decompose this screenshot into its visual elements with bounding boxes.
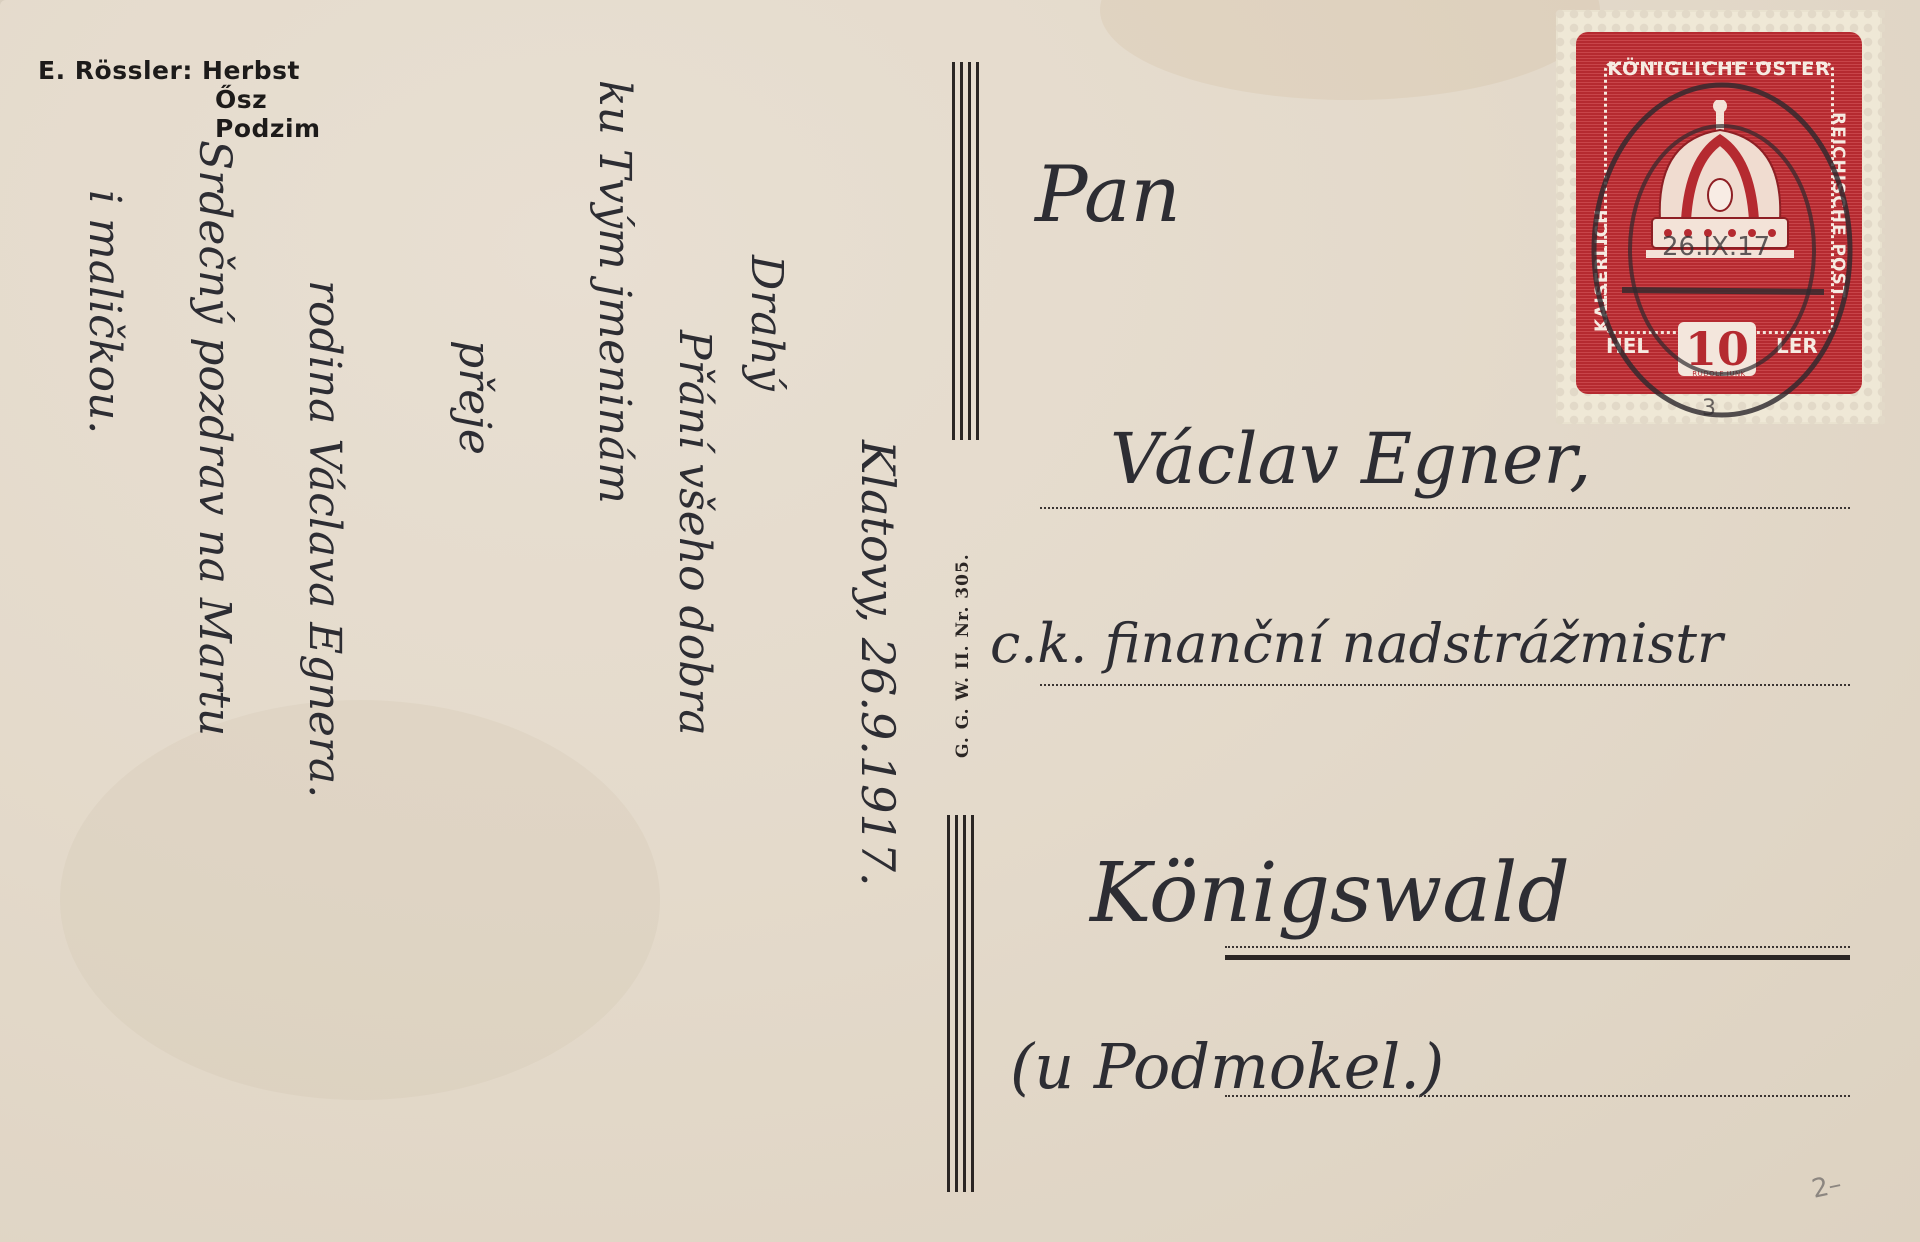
- address-town: Königswald: [1090, 846, 1570, 941]
- address-line-2: [1040, 684, 1850, 686]
- paper-stain: [60, 700, 660, 1100]
- message-place-date: Klatovy, 26.9.1917.: [851, 440, 905, 887]
- message-line-4: přeje: [449, 340, 500, 455]
- message-line-2: Přání všeho dobra: [669, 330, 720, 736]
- address-district: (u Podmokel.): [1010, 1030, 1444, 1103]
- title-hungarian: Ősz: [38, 85, 321, 114]
- message-line-7: i maličkou.: [79, 190, 130, 434]
- stamp-inscription-right: REICHISCHE POST: [1828, 112, 1848, 298]
- title-czech: Podzim: [38, 114, 321, 143]
- address-name: Václav Egner,: [1110, 418, 1591, 500]
- title-german: Herbst: [202, 56, 300, 85]
- pencil-note: 2–: [1809, 1169, 1844, 1204]
- address-line-4: [1225, 1095, 1850, 1097]
- divider-rules-bottom: [947, 815, 974, 1192]
- message-line-1: Drahý: [741, 255, 792, 391]
- printed-caption: E. Rössler: Herbst Ősz Podzim: [38, 56, 321, 143]
- address-title: c.k. finanční nadstrážmistr: [990, 612, 1723, 675]
- address-underline-town: [1225, 955, 1850, 960]
- message-line-5: rodina Václava Egnera.: [299, 280, 350, 798]
- stamp-inscription-left: KAISERLICH: [1592, 209, 1612, 332]
- artist-name: E. Rössler:: [38, 56, 193, 85]
- divider-rules-top: [952, 62, 979, 440]
- address-salutation: Pan: [1035, 150, 1181, 240]
- paper-stain: [1100, 0, 1600, 100]
- postage-stamp: KÖNIGLICHE OSTER KAISERLICH REICHISCHE P…: [1558, 12, 1880, 422]
- stamp-currency-left: HEL: [1606, 334, 1649, 358]
- address-line-1: [1040, 507, 1850, 509]
- caption-line-1: E. Rössler: Herbst: [38, 56, 321, 85]
- stamp-currency-right: LER: [1776, 334, 1818, 358]
- message-line-6: Srdečný pozdrav na Martu: [189, 140, 240, 736]
- printer-mark: G. G. W. II. Nr. 305.: [953, 553, 973, 758]
- stamp-inscription-top: KÖNIGLICHE OSTER: [1576, 58, 1862, 80]
- postcard-back: E. Rössler: Herbst Ősz Podzim G. G. W. I…: [0, 0, 1920, 1242]
- stamp-value: 10: [1678, 322, 1756, 376]
- address-line-3: [1225, 946, 1850, 948]
- crown-icon: [1646, 100, 1794, 270]
- stamp-design: KÖNIGLICHE OSTER KAISERLICH REICHISCHE P…: [1576, 32, 1862, 394]
- message-line-3: ku Tvým jmeninám: [589, 80, 640, 504]
- stamp-engraver: RUDOLF JUNK: [1558, 370, 1880, 378]
